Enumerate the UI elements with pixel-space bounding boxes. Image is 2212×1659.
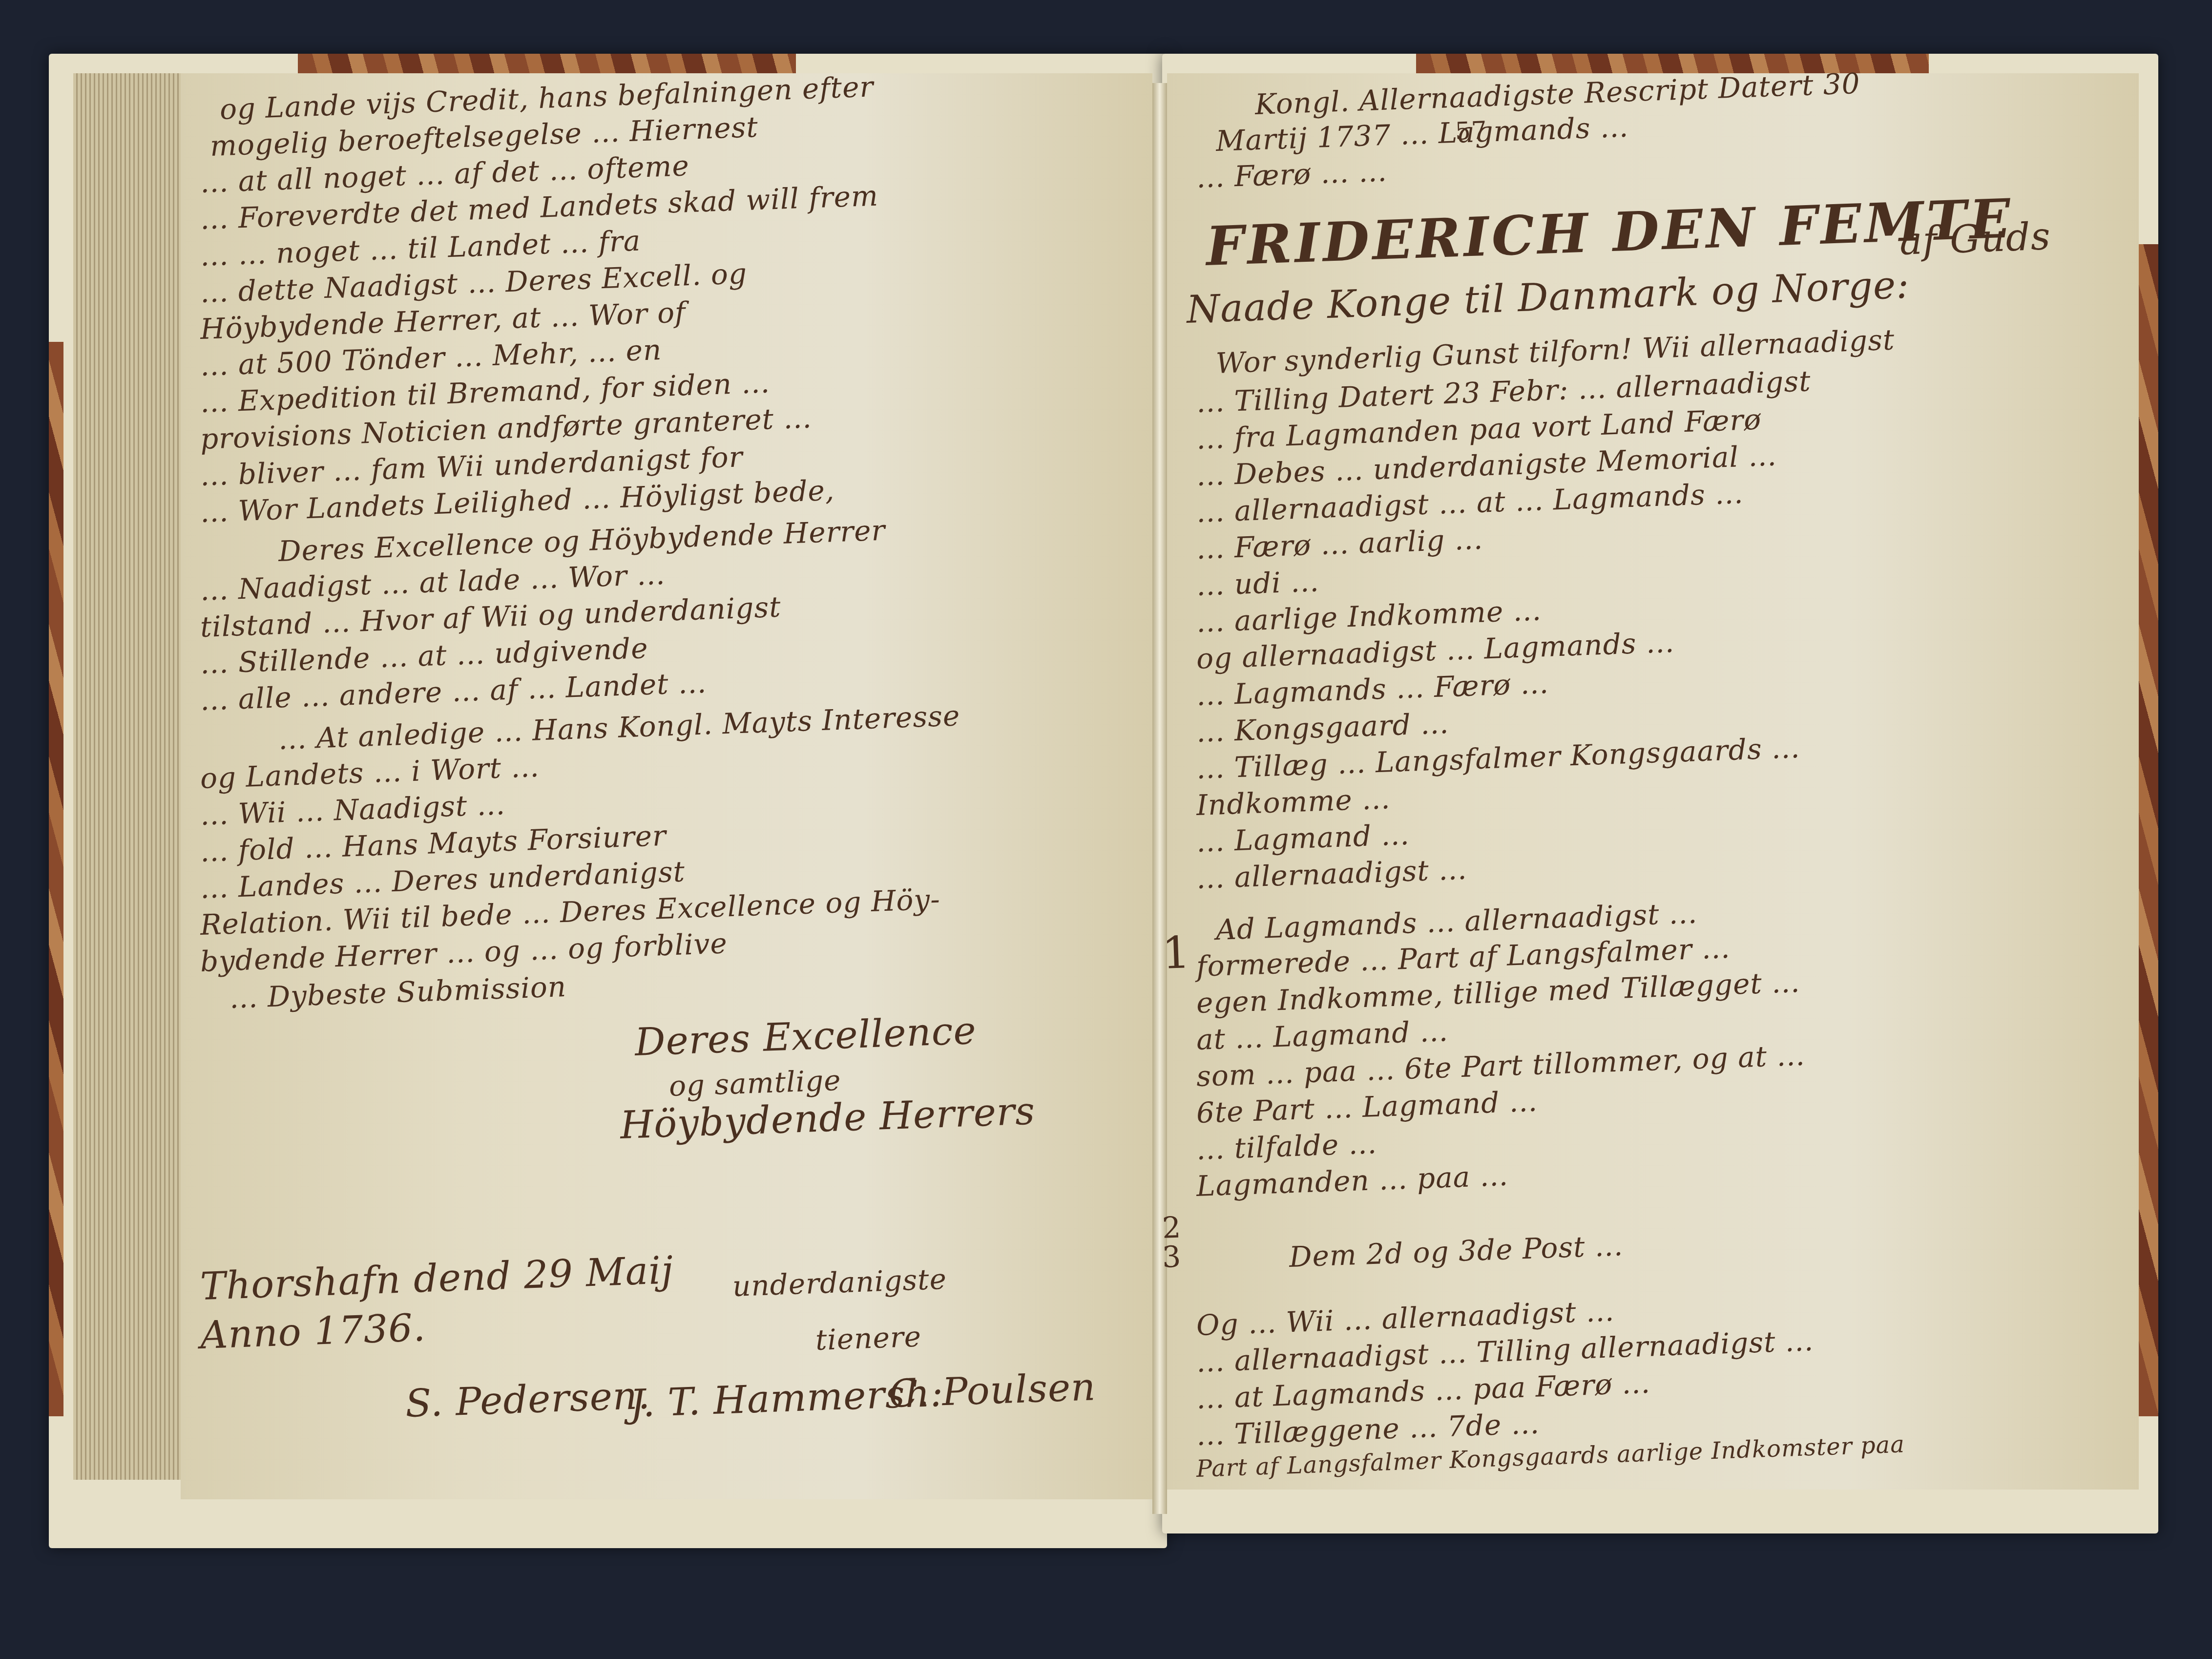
- right-line: ... Lagmand ...: [1196, 818, 1410, 859]
- point-line: Lagmanden ... paa ...: [1196, 1159, 1509, 1203]
- subscription-line-1: underdanigste: [732, 1262, 947, 1303]
- left-line: ... Wii ... Naadigst ...: [200, 788, 506, 832]
- page-edges-stack: [73, 73, 186, 1480]
- signature: S. Pedersen.: [404, 1374, 651, 1426]
- point-line: ... tilfalde ...: [1196, 1127, 1377, 1166]
- header-line: ... Færø ... ...: [1196, 154, 1388, 194]
- point-line: Dem 2d og 3de Post ...: [1289, 1229, 1624, 1274]
- point-number: 1: [1161, 927, 1191, 979]
- left-page: og Lande vijs Credit, hans befalningen e…: [181, 73, 1152, 1499]
- right-line: Indkomme ...: [1196, 782, 1391, 822]
- place-date-line-1: Thorshafn dend 29 Maij: [199, 1248, 674, 1309]
- place-date-line-2: Anno 1736.: [199, 1306, 426, 1358]
- marbled-board-right-edge: [2139, 244, 2158, 1416]
- right-line: ... allernaadigst ...: [1196, 853, 1468, 895]
- left-line: ... Dybeste Submission: [229, 970, 567, 1015]
- marbled-board-top-left: [298, 54, 796, 76]
- page-number: 57: [1455, 116, 1488, 146]
- marbled-board-left-edge: [49, 342, 63, 1416]
- right-line: ... udi ...: [1196, 565, 1320, 602]
- book-gutter: [1152, 83, 1167, 1514]
- subscription-line-2: tienere: [815, 1320, 922, 1357]
- decree-title-tail: af Guds: [1899, 214, 2051, 264]
- signature: C. Poulsen: [888, 1365, 1096, 1416]
- point-line: at ... Lagmand ...: [1196, 1014, 1449, 1056]
- point-number: 3: [1162, 1240, 1182, 1275]
- right-page: Kongl. Allernaadigste Rescript Datert 30…: [1167, 73, 2139, 1490]
- right-line: ... Færø ... aarlig ...: [1196, 523, 1483, 566]
- right-line: ... Kongsgaard ...: [1196, 707, 1450, 749]
- point-line: 6te Part ... Lagmand ...: [1196, 1085, 1538, 1130]
- closing-line-1: Deres Excellence: [634, 1009, 977, 1065]
